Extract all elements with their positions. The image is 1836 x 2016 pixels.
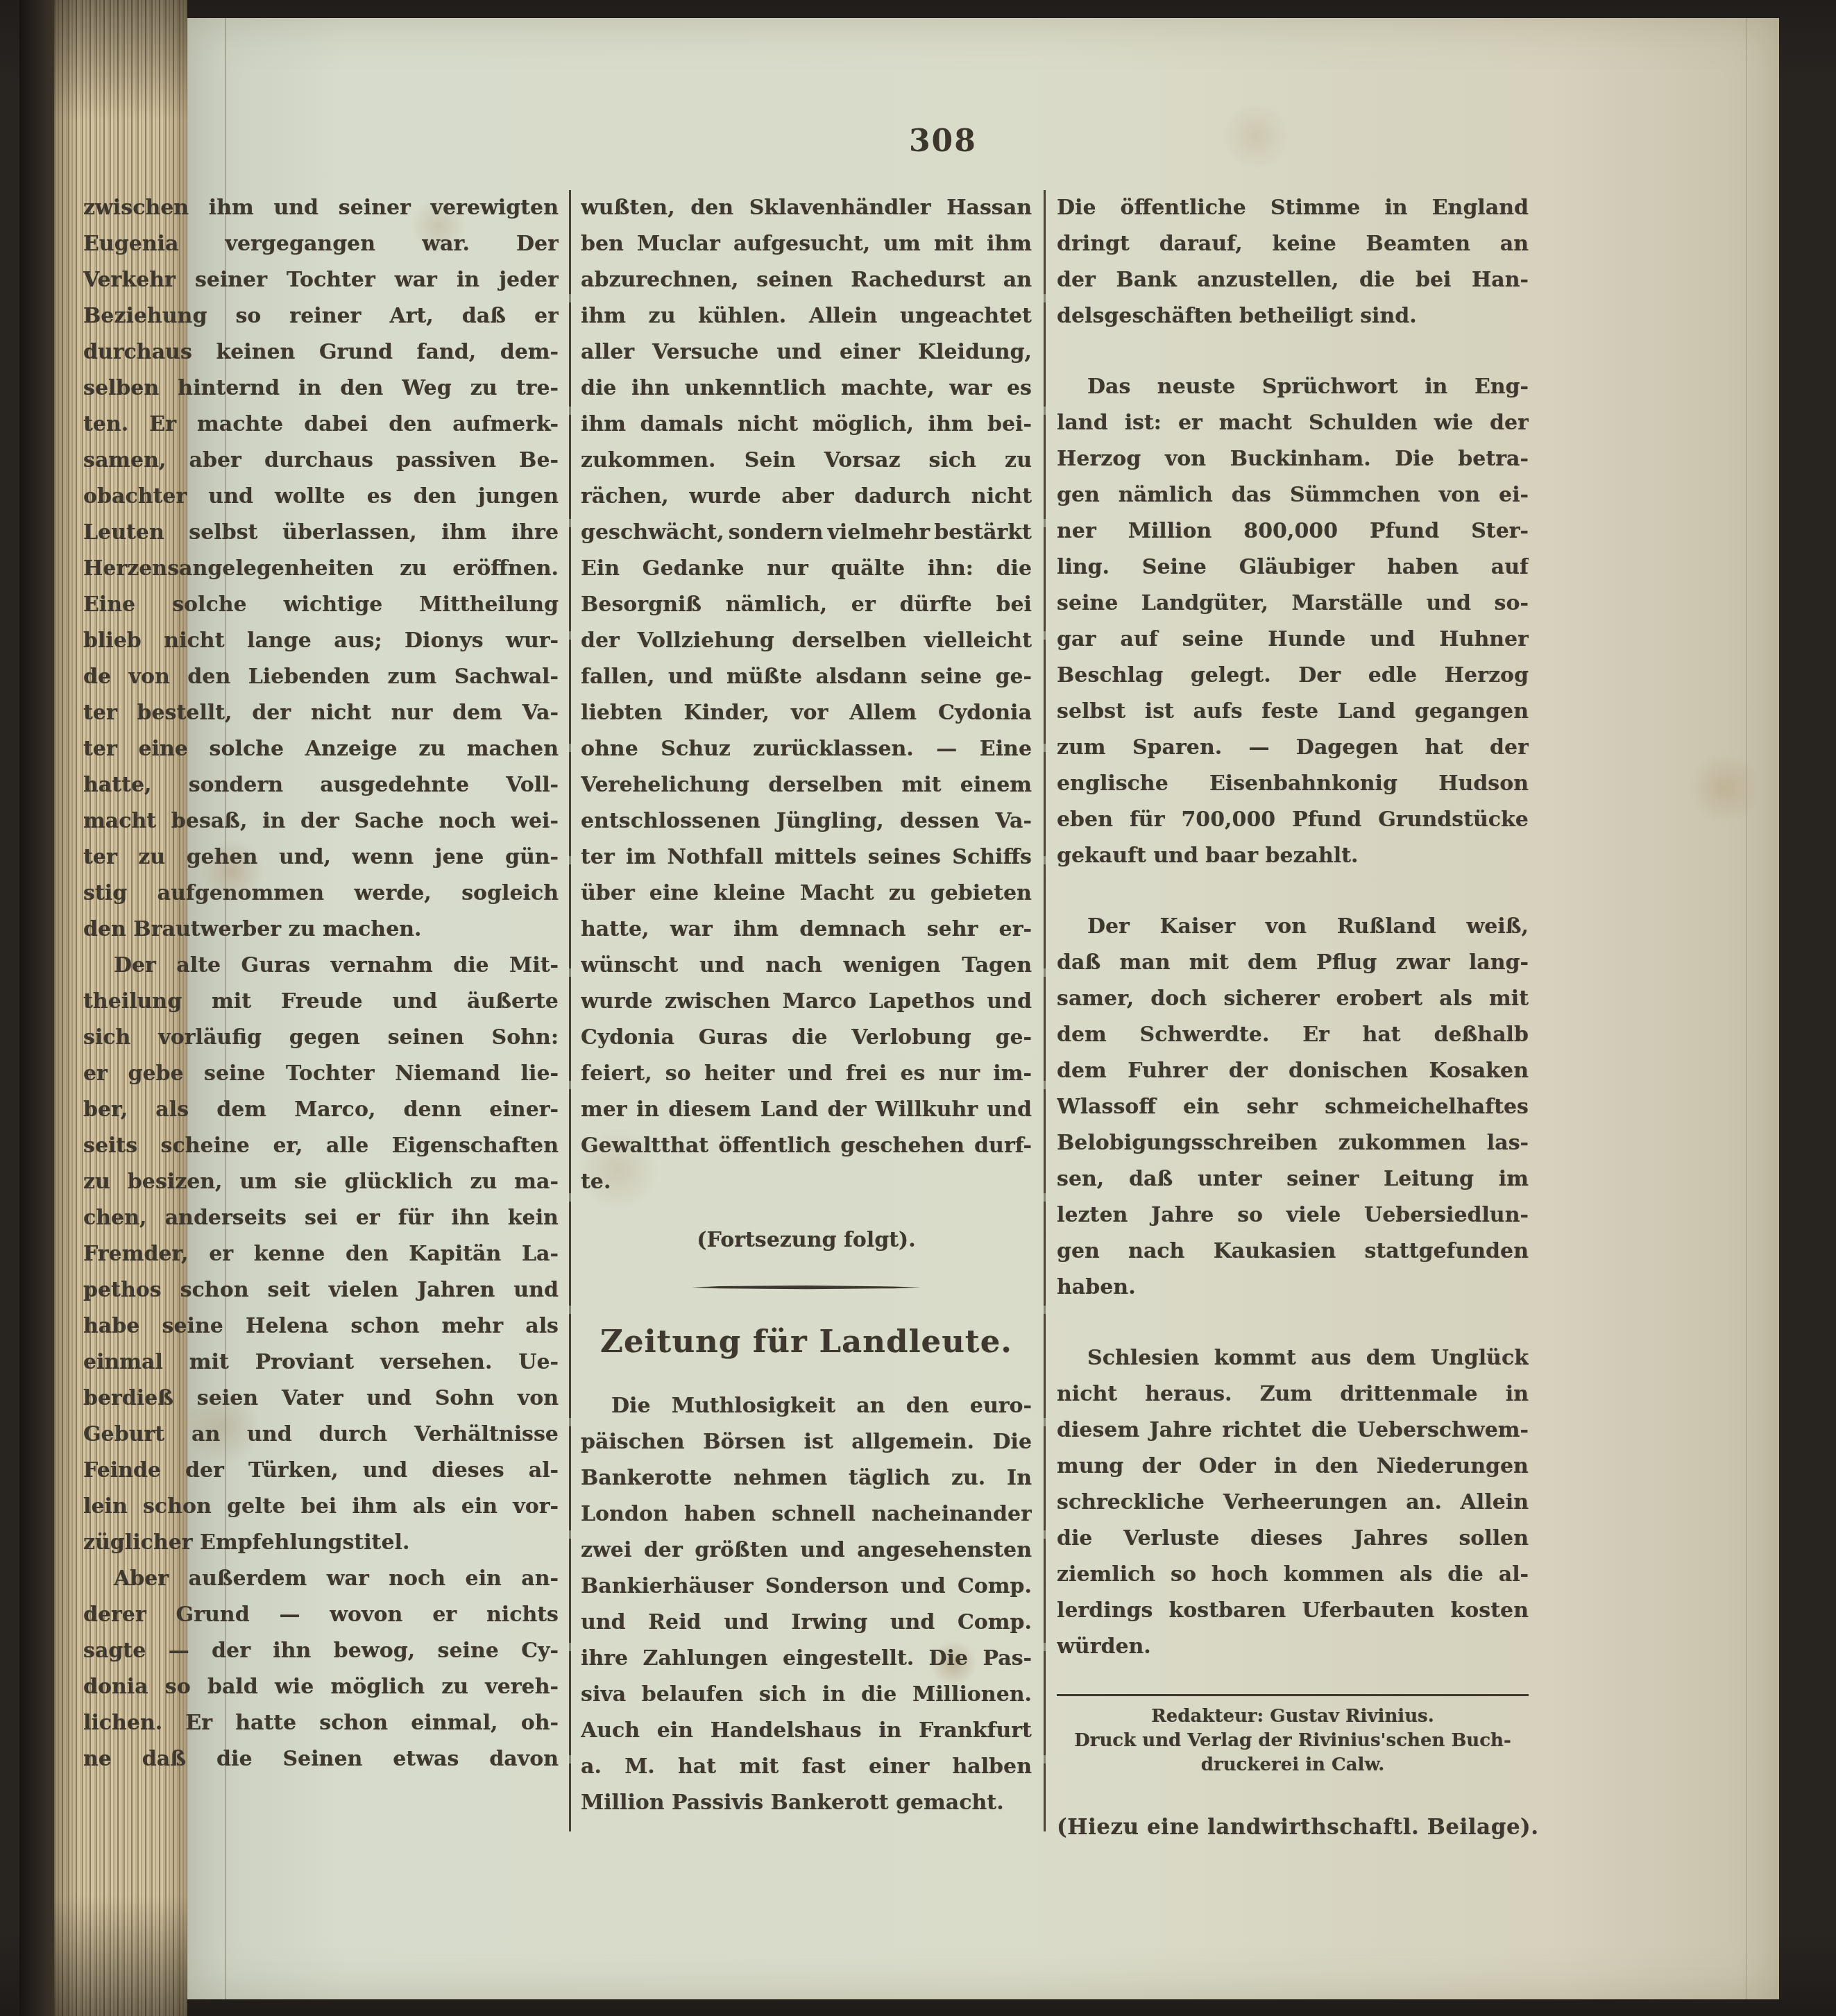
word: Lapethos [869,984,975,1020]
word: die [996,551,1032,587]
word: so [1171,1557,1196,1593]
word: Aber [114,1561,169,1597]
word: seine [1182,622,1243,658]
word: dem [452,695,502,731]
word: dem [216,1092,266,1128]
text-line: te. [581,1164,1032,1200]
word: alte [176,948,221,984]
word: Kosaken [1429,1053,1529,1089]
text-line: demSchwerdte.Erhatdeßhalb [1057,1017,1529,1053]
word: ihm [352,1489,397,1525]
text-line: tereinesolcheAnzeigezumachen [83,731,559,767]
word: drittenmale [1340,1376,1477,1412]
word: 800,000 [1243,513,1338,549]
word: Eigenschaften [392,1128,559,1164]
word: er [432,1597,457,1633]
word: Helena [246,1308,328,1344]
word: als [413,1489,446,1525]
word: Uferbauten [1302,1593,1434,1629]
word: demnach [799,912,906,948]
word: über [581,875,635,912]
word: wurde [581,984,653,1020]
word: dessen [900,803,980,839]
word: überlassen, [282,515,417,551]
word: so- [1495,586,1529,622]
word: im [1499,1161,1529,1197]
word: gebe [128,1056,183,1092]
word: aufgesucht, [733,226,870,262]
word: angesehensten [857,1532,1032,1569]
text-line: Verehelichungderselbenmiteinem [581,767,1032,803]
section-divider-rule [692,1285,921,1290]
text-line: sivabelaufensichindieMillionen. [581,1677,1032,1713]
word: belaufen [642,1677,744,1713]
word: für [1130,802,1165,838]
word: Guras [241,948,311,984]
text-line: devondenLiebendenzumSachwal- [83,659,559,695]
paragraph: Aberaußerdemwarnocheinan-dererGrund—wovo… [83,1561,559,1777]
word: gegangen [1415,694,1529,730]
word: einer [840,334,900,370]
word: reiner [289,298,361,334]
word: zukommen [1338,1125,1466,1161]
word: eine [138,731,187,767]
word: berdieß [83,1381,173,1417]
word: den [906,1388,949,1424]
word: kleine [713,875,785,912]
word: allgemein. [851,1424,974,1460]
word: der [1490,730,1529,766]
word: Cydonia [938,695,1032,731]
text-line: FeindederTürken,unddiesesal- [83,1453,559,1489]
word: de [83,659,111,695]
word: Seinen [282,1741,362,1777]
word: sondern [729,515,823,551]
word: päischen [581,1424,685,1460]
word: von [129,659,170,695]
word: Landgüter, [1141,586,1268,622]
text-line: terzugehenund,wennjenegün- [83,839,559,875]
word: derselben [792,623,906,659]
word: habe [83,1308,139,1344]
word: die [216,1741,252,1777]
text-line: stigaufgenommenwerde,sogleich [83,875,559,912]
text-line: terbestellt,dernichtnurdemVa- [83,695,559,731]
word: zu [1005,443,1032,479]
word: bald [207,1669,258,1705]
word: zukommen. [581,443,715,479]
text-line: diesemJahrerichtetdieUeberschwem- [1057,1412,1529,1449]
word: ner [1057,513,1096,549]
word: nicht [738,407,798,443]
word: ist [1145,694,1174,730]
word: aus [1311,1340,1351,1376]
text-line: sagte—derihnbewog,seineCy- [83,1633,559,1669]
word: ihm [581,407,626,443]
word: Land [1338,694,1395,730]
word: zu. [951,1460,985,1496]
word: lein [83,1489,128,1525]
word: nicht [164,623,224,659]
word: diesem [1057,1412,1139,1449]
word: zurücklassen. [753,731,913,767]
text-line: päischenBörsenistallgemein.Die [581,1424,1032,1460]
text-line: EinesolchewichtigeMittheilung [83,587,559,623]
word: kommen [1284,1557,1384,1593]
text-line: merindiesemLandderWillkuhrund [581,1092,1032,1128]
word: er [209,1236,233,1272]
word: Der [1087,909,1130,945]
word: Stimme [1270,190,1361,226]
text-line: Belobigungsschreibenzukommenlas- [1057,1125,1529,1161]
word: seiner [339,190,411,226]
word: von [1439,477,1480,513]
word: donischen [1289,1053,1408,1089]
word: Frankfurt [919,1713,1032,1749]
word: und [890,1605,935,1641]
text-line: habeseineHelenaschonmehrals [83,1308,559,1344]
word: ge- [995,1020,1032,1056]
word: der [581,623,620,659]
word: ihm [733,912,779,948]
word: ne [83,1741,112,1777]
word: er [1178,405,1202,441]
text-line: selbstistaufsfesteLandgegangen [1057,694,1529,730]
word: dem [1366,1340,1416,1376]
word: durchaus [83,334,192,370]
word: vielen [329,1272,398,1308]
text-line: ihmdamalsnichtmöglich,ihmbei- [581,407,1032,443]
word: einem [960,767,1032,803]
text-line: dieVerlustediesesJahressollen [1057,1521,1529,1557]
word: möglich, [813,407,914,443]
text-line: ihreZahlungeneingestellt.DiePas- [581,1641,1032,1677]
word: Mit- [509,948,559,984]
word: alle [326,1128,368,1164]
word: sondern [189,767,283,803]
text-line: dringtdarauf,keineBeamtenan [1057,226,1529,262]
word: zu [649,298,676,334]
text-line: gennämlichdasSümmchenvonei- [1057,477,1529,513]
word: Niemand [395,1056,500,1092]
text-line: samen,aberdurchauspassivenBe- [83,443,559,479]
word: schmeichelhaftes [1325,1089,1529,1125]
word: einer- [489,1092,559,1128]
word: gegen [289,1020,360,1056]
scanned-book-page: 308 zwischenihmundseinerverewigtenEugeni… [0,0,1836,2016]
word: fast [802,1749,846,1785]
word: neuste [1157,369,1236,405]
text-line: Million Passivis Bankerott gemacht. [581,1785,1032,1821]
word: Auch [581,1713,640,1749]
word: a. [581,1749,602,1785]
word: es [1007,370,1032,407]
text-line: Leutenselbstüberlassen,ihmihre [83,515,559,551]
word: anderseits [165,1200,287,1236]
word: theilung [83,984,182,1020]
word: M. [624,1749,655,1785]
word: im [626,839,656,875]
text-line: seitsscheineer,alleEigenschaften [83,1128,559,1164]
word: Geburt [83,1417,164,1453]
word: Sklavenhändler [749,190,931,226]
word: durch [318,1417,387,1453]
word: in [822,1677,845,1713]
word: Kaiser [1160,909,1236,945]
word: hatte, [83,767,152,803]
word: besizen, [128,1164,223,1200]
word: chen, [83,1200,146,1236]
word: England [1432,190,1529,226]
word: ihm [581,298,626,334]
word: Türken, [248,1453,339,1489]
word: Kaukasien [1214,1233,1336,1270]
word: Die [1395,441,1434,477]
text-line: doniasobaldwiemöglichzuvereh- [83,1669,559,1705]
word: Gedanke [643,551,745,587]
word: sollen [1459,1521,1529,1557]
text-line: daßmanmitdemPflugzwarlang- [1057,945,1529,981]
word: sagte [83,1633,146,1669]
word: für [398,1200,434,1236]
word: die [1359,262,1395,298]
word: die [861,1677,896,1713]
word: Allem [849,695,917,731]
paragraph: DieMuthlosigkeitandeneuro-päischenBörsen… [581,1388,1032,1821]
text-line: ling.SeineGläubigerhabenauf [1057,549,1529,586]
word: und [366,1381,411,1417]
word: Pflug [1316,945,1377,981]
word: Liebenden [248,659,370,695]
word: doch [1150,981,1207,1017]
word: von [1266,909,1307,945]
word: feiert, [581,1056,652,1092]
word: nur [939,1056,980,1092]
word: vielmehr [827,515,930,551]
word: gebieten [930,875,1032,912]
supplement-note: (Hiezu eine landwirthschaftl. Beilage). [1057,1809,1529,1845]
word: und [987,984,1032,1020]
word: Wlassoff [1057,1089,1156,1125]
text-line: nichtheraus.Zumdrittenmalein [1057,1376,1529,1412]
word: Tochter [287,262,375,298]
word: Bankerotte [581,1460,712,1496]
word: den [340,370,383,407]
word: Comp. [958,1605,1032,1641]
text-line: wußten,denSklavenhändlerHassan [581,190,1032,226]
word: Er [149,407,176,443]
word: zu [138,839,165,875]
word: versehen. [380,1344,492,1381]
text-line: garaufseineHundeundHuhner [1057,622,1529,658]
word: lange [247,623,312,659]
word: Sein [745,443,796,479]
word: aufgenommen [158,875,324,912]
word: seine [1057,586,1118,622]
word: öffentliche [1121,190,1246,226]
word: wenn [352,839,414,875]
word: Ein [581,551,620,587]
word: erobert [1336,981,1423,1017]
word: dieses [432,1453,504,1489]
word: nicht [1057,1376,1117,1412]
word: zum [1057,730,1106,766]
word: auf [1491,549,1529,586]
column-right: DieöffentlicheStimmeinEnglanddringtdarau… [1057,190,1529,1845]
word: — [169,1633,189,1669]
word: las- [1487,1125,1529,1161]
word: ber, [83,1092,128,1128]
word: der [252,695,291,731]
word: Jahres [1354,1521,1428,1557]
paper-crease [1746,18,1747,1999]
word: kostbaren [1169,1593,1286,1629]
word: ihre [511,515,559,551]
word: viele [1286,1197,1341,1233]
text-line: DieMuthlosigkeitandeneuro- [581,1388,1032,1424]
word: gelte [227,1489,285,1525]
word: hatte, [581,912,649,948]
word: Herzog [1057,441,1141,477]
text-line: HerzogvonBuckinham.Diebetra- [1057,441,1529,477]
text-line: BankierhäuserSondersonundComp. [581,1569,1032,1605]
word: samer, [1057,981,1134,1017]
word: und [273,190,318,226]
word: Art, [389,298,433,334]
text-line: geschwächt,sondernvielmehrbestärkt [581,515,1032,551]
word: gün- [505,839,559,875]
word: und, [279,839,331,875]
word: davon [489,1741,559,1777]
word: deßhalb [1434,1017,1528,1053]
text-line: delsgeschäften betheiligt sind. [1057,298,1529,334]
text-line: bliebnichtlangeaus;Dionyswur- [83,623,559,659]
word: ter [83,731,117,767]
word: daß [142,1741,186,1777]
text-line: feiert,soheiterundfreiesnurim- [581,1056,1032,1092]
word: Muclar [637,226,720,262]
word: ei- [1499,477,1529,513]
word: Land [760,1092,818,1128]
text-line: sichvorläufiggegenseinenSohn: [83,1020,559,1056]
word: um [240,1164,278,1200]
word: Pas- [983,1641,1032,1677]
word: hinternd [178,370,280,407]
word: tre- [516,370,559,407]
word: Fremder, [83,1236,189,1272]
word: den [414,479,457,515]
word: Beziehung [83,298,207,334]
word: den [187,659,230,695]
word: einmal, [411,1705,498,1741]
word: Nothfall [668,839,763,875]
word: denn [404,1092,462,1128]
word: Handelshaus [711,1713,862,1749]
word: täglich [849,1460,930,1496]
word: machte, [841,370,935,407]
word: und [513,1272,559,1308]
word: sei [305,1200,337,1236]
text-line: Besorgnißnämlich,erdürftebei [581,587,1032,623]
word: aber [189,443,241,479]
word: hoch [1212,1557,1268,1593]
word: bestärkt [934,515,1032,551]
word: von [518,1381,559,1417]
word: kenne [254,1236,325,1272]
word: es [367,479,392,515]
word: Eine [83,587,135,623]
word: Tochter [286,1056,375,1092]
word: zwischen [83,190,189,226]
word: Besorgniß [581,587,702,623]
word: macht [1219,405,1292,441]
word: scheine [161,1128,250,1164]
word: mit [1189,945,1229,981]
word: seiner [195,262,267,298]
text-line: den Brautwerber zu machen. [83,912,559,948]
word: Tagen [962,948,1032,984]
text-line: ber,alsdemMarco,denneiner- [83,1092,559,1128]
paragraph: DeralteGurasvernahmdieMit-theilungmitFre… [83,948,559,1561]
word: und [699,948,745,984]
word: aufs [1193,694,1243,730]
text-line: züglicher Empfehlungstitel. [83,1525,559,1561]
word: vielleicht [924,623,1032,659]
word: mit [212,984,251,1020]
word: selbst [1057,694,1125,730]
word: etwas [393,1741,459,1777]
word: Mittheilung [419,587,559,623]
imprint-line: Druck und Verlag der Rivinius'schen Buch… [1057,1729,1529,1753]
word: Allein [809,298,877,334]
word: und [800,1532,845,1569]
word: in [1274,1449,1297,1485]
word: seine [438,1633,499,1669]
word: Oder [1199,1449,1256,1485]
word: von [1165,441,1206,477]
word: wie [275,1669,314,1705]
text-line: DerKaiservonRußlandweiß, [1057,909,1529,945]
word: er- [999,912,1032,948]
word: London [581,1496,668,1532]
word: schon [143,1489,212,1525]
word: in [262,803,285,839]
text-line: DasneusteSprüchwortinEng- [1057,369,1529,405]
word: er [851,587,876,623]
word: Seine [1142,549,1207,586]
word: nur [767,551,808,587]
word: ter [83,695,117,731]
word: Verehelichung [581,767,749,803]
word: Sachwal- [454,659,559,695]
word: die [1057,1521,1092,1557]
word: es [900,1056,925,1092]
word: er, [273,1128,303,1164]
word: Irwing [791,1605,867,1641]
word: Fuhrer [1128,1053,1207,1089]
text-line: Aberaußerdemwarnocheinan- [83,1561,559,1597]
word: seits [83,1128,137,1164]
word: Pfund [1370,513,1439,549]
text-line: samer,dochsicherererobertalsmit [1057,981,1529,1017]
word: ohne [581,731,638,767]
word: Sparen. [1132,730,1222,766]
word: oh- [521,1705,559,1741]
word: dem [1057,1017,1107,1053]
word: mer [581,1092,627,1128]
word: als [525,1308,559,1344]
word: mit [189,1344,229,1381]
